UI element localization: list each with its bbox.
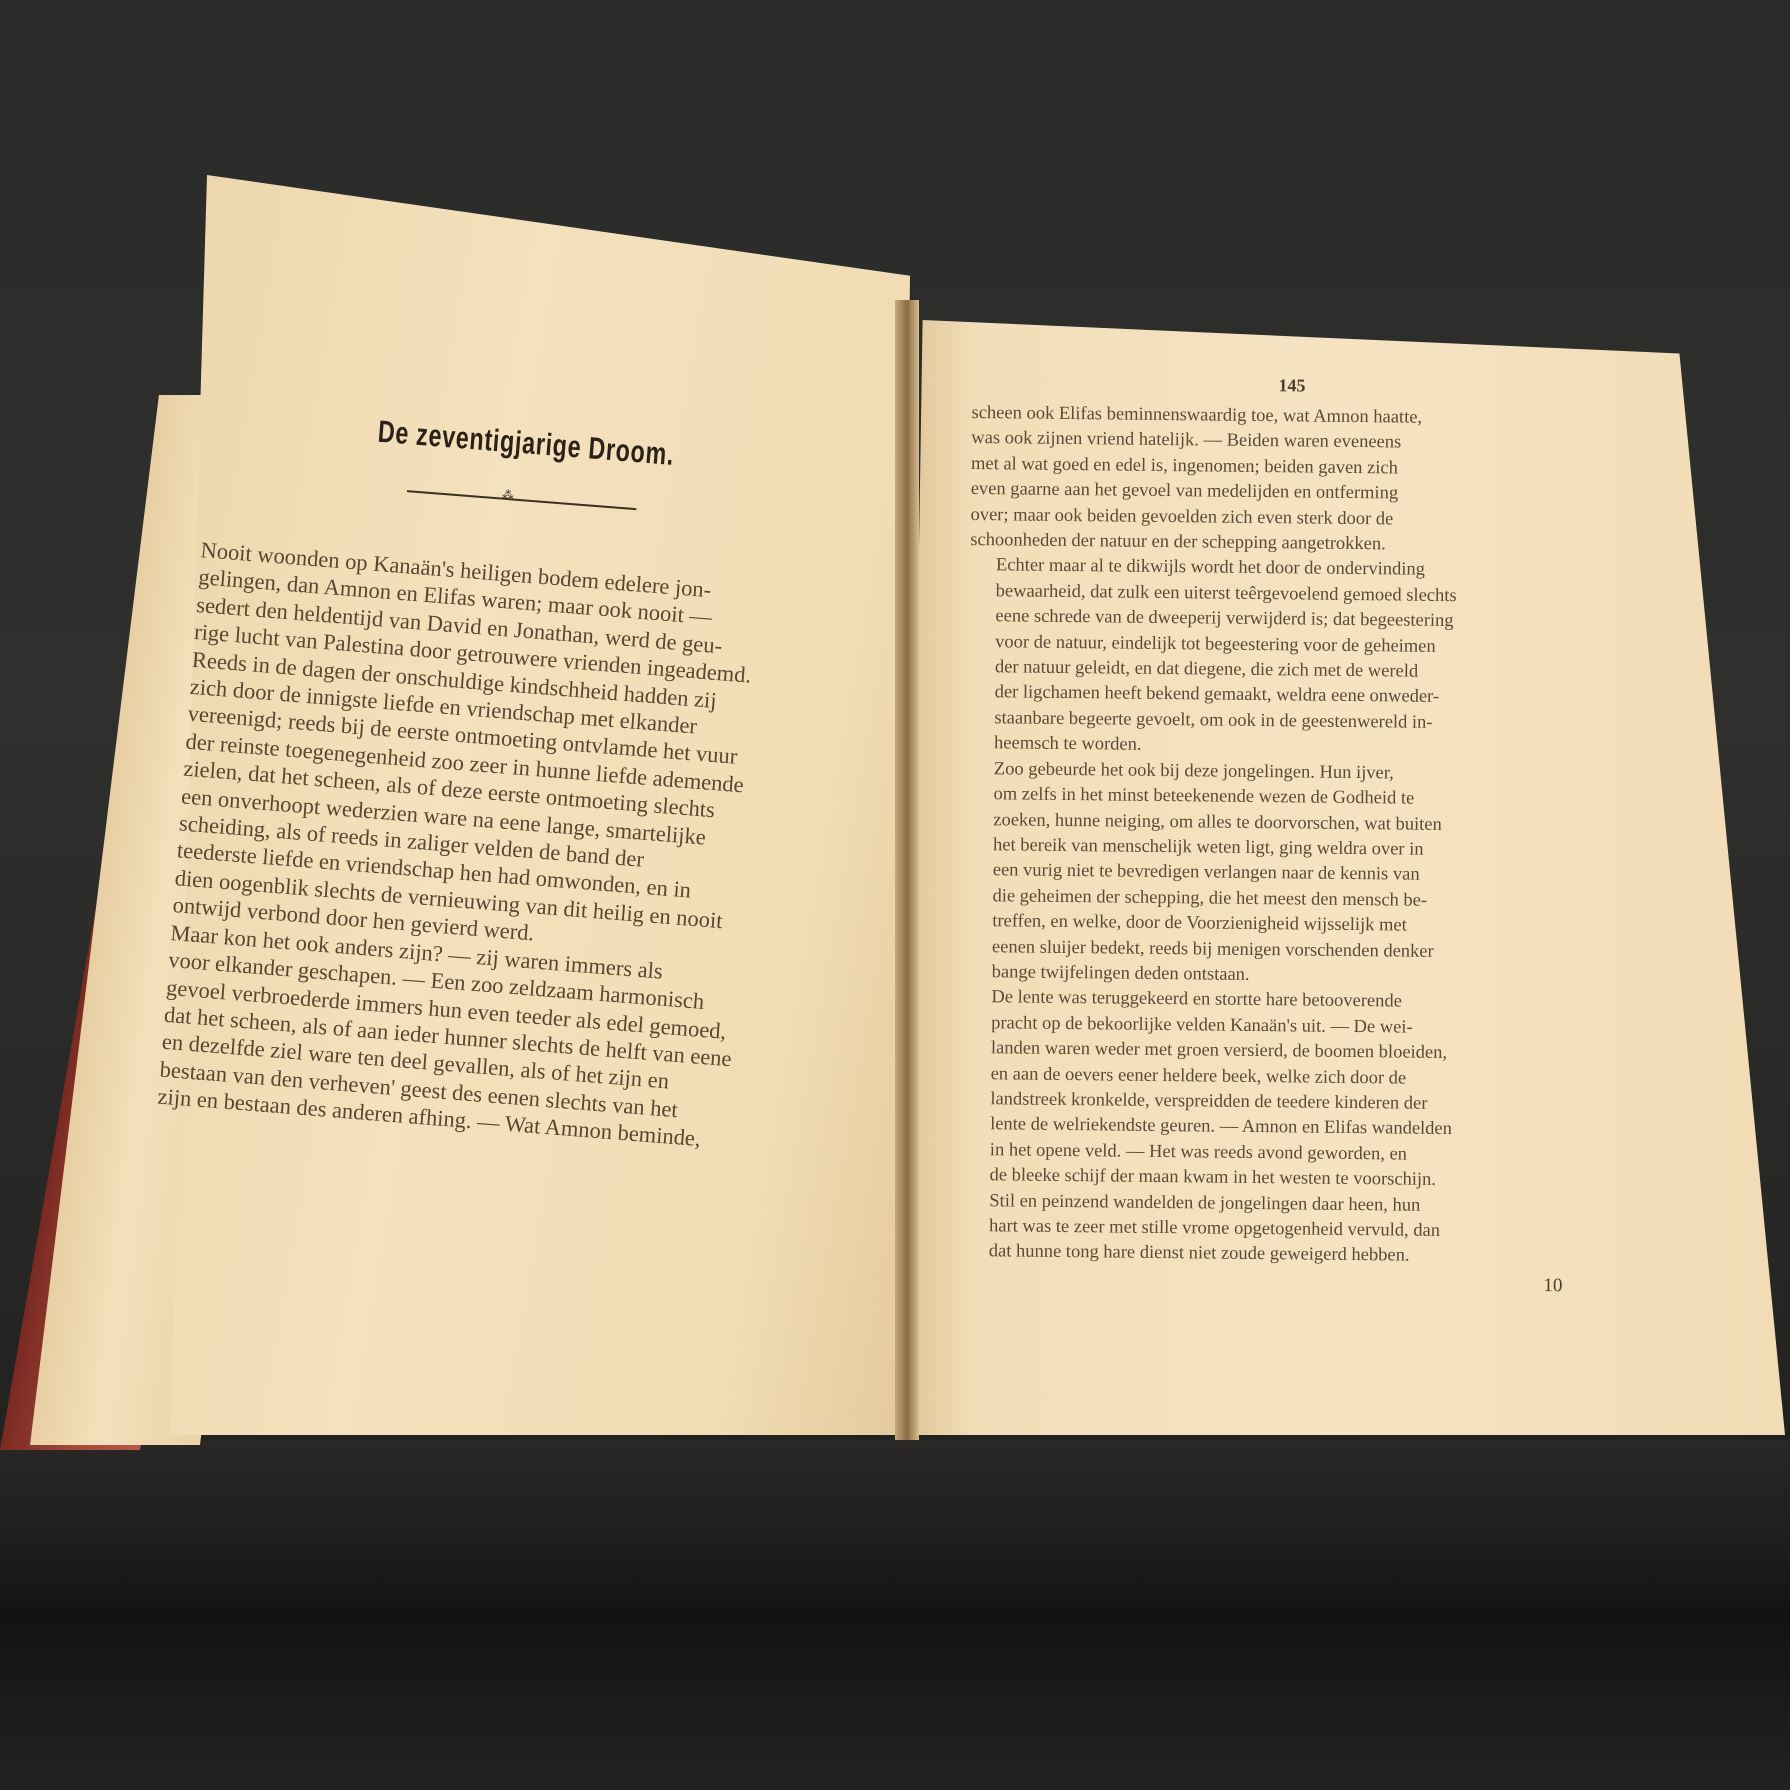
- book-gutter: [895, 300, 919, 1440]
- paragraph: De lente was teruggekeerd en stortte har…: [963, 985, 1606, 1271]
- divider-ornament-icon: [407, 490, 636, 510]
- paragraph: Zoo gebeurde het ook bij deze jongelinge…: [966, 757, 1608, 992]
- text-line: dat hunne tong hare dienst niet zoude ge…: [963, 1239, 1603, 1271]
- paragraph: Echter maar al te dikwijls wordt het doo…: [968, 553, 1610, 763]
- right-page-content: 145 scheen ook Elifas beminnenswaardig t…: [962, 372, 1612, 1297]
- photo-scene: De zeventigjarige Droom. Nooit woonden o…: [0, 0, 1790, 1790]
- left-page-body: Nooit woonden op Kanaän's heiligen bodem…: [123, 534, 866, 1163]
- right-page-body: scheen ook Elifas beminnenswaardig toe, …: [963, 401, 1612, 1271]
- book-stand-ledge: [0, 1440, 1790, 1610]
- paragraph: scheen ook Elifas beminnenswaardig toe, …: [970, 401, 1612, 560]
- left-page-content: De zeventigjarige Droom. Nooit woonden o…: [123, 380, 878, 1162]
- paragraph: Nooit woonden op Kanaän's heiligen bodem…: [138, 534, 866, 971]
- book-stand-base: [0, 1610, 1790, 1790]
